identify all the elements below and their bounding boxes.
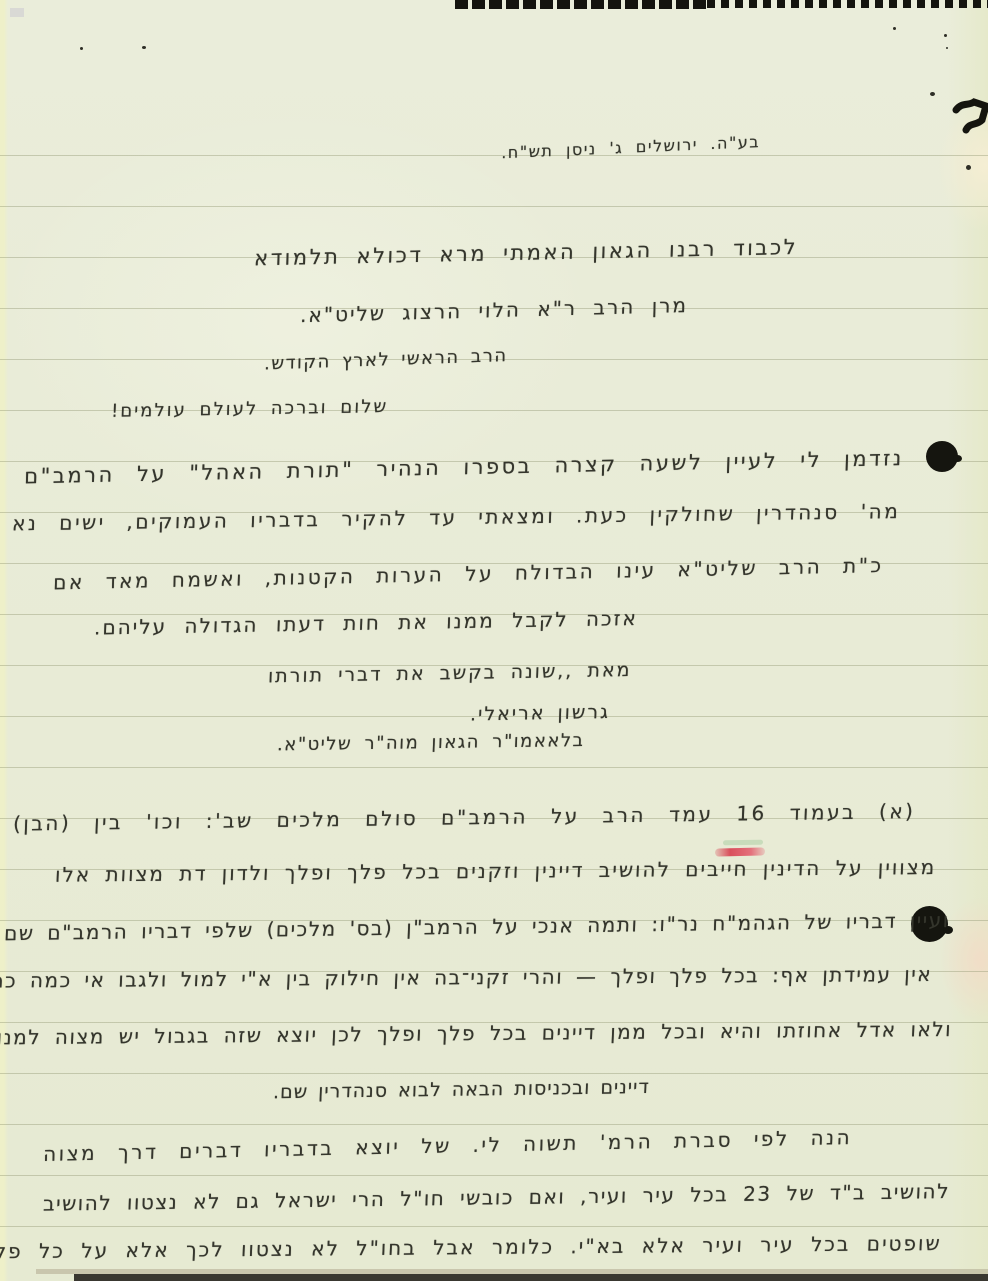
- hole-punch-top: [926, 441, 958, 472]
- speck: [142, 46, 146, 49]
- speck: [80, 47, 83, 50]
- bottom-scan-shadow: [74, 1274, 988, 1281]
- scanner-edge-bar-dotted: [707, 0, 988, 8]
- speck: [893, 27, 896, 30]
- speck: [966, 165, 971, 170]
- green-smear: [723, 840, 763, 846]
- corner-chip: [10, 8, 24, 17]
- scanned-letter-page: בע"ה. ירושלים ג' ניסן תש"ח. לכבוד רבנו ה…: [0, 0, 988, 1281]
- speck: [930, 92, 935, 96]
- scanner-edge-bar: [455, 0, 707, 9]
- red-pencil-mark: [715, 847, 765, 856]
- signature-name: גרשון אריאלי.: [470, 702, 611, 725]
- speck: [944, 34, 947, 37]
- speck: [946, 47, 948, 49]
- ink-scribble-top-right: [952, 96, 988, 138]
- signature-patronymic-line: בלאאמו"ר הגאון מוה"ר שליט"א.: [276, 731, 584, 755]
